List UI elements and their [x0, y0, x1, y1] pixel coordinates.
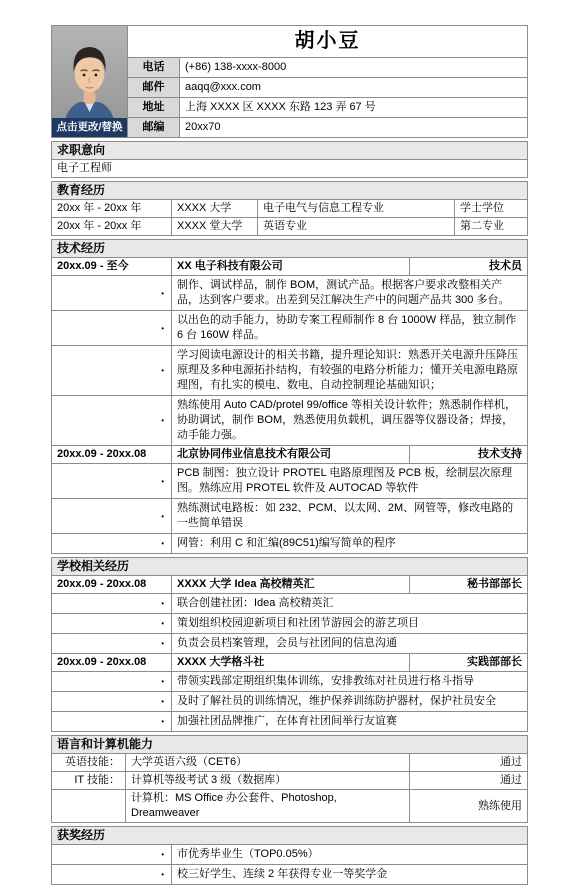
table-row: 20xx.09 - 至今 XX 电子科技有限公司 技术员 — [52, 258, 528, 276]
table-row: IT 技能： 计算机等级考试 3 级（数据库） 通过 — [52, 772, 528, 790]
contact-table: 点击更改/替换 胡小豆 电话 (+86) 138-xxxx-8000 邮件 aa… — [51, 25, 528, 138]
table-row: • 网管：利用 C 和汇编(89C51)编写简单的程序 — [52, 534, 528, 554]
table-row: • 学习阅读电源设计的相关书籍，提升理论知识：熟悉开关电源升压降压原理及多种电源… — [52, 346, 528, 396]
section-title-education: 教育经历 — [52, 182, 528, 200]
table-row: 求职意向 — [52, 142, 528, 160]
skill-value: 计算机等级考试 3 级（数据库） — [126, 772, 410, 790]
bullet-icon: • — [52, 396, 172, 446]
table-row: • 及时了解社员的训练情况，维护保养训练防护器材，保护社员安全 — [52, 692, 528, 712]
bullet-icon: • — [52, 692, 172, 712]
table-row: • 负责会员档案管理，会员与社团间的信息沟通 — [52, 634, 528, 654]
table-row: • 以出色的动手能力，协助专案工程师制作 8 台 1000W 样品，独立制作 6… — [52, 311, 528, 346]
skill-value: 大学英语六级（CET6） — [126, 754, 410, 772]
job-company: 北京协同伟业信息技术有限公司 — [172, 446, 410, 464]
table-row: 20xx 年 - 20xx 年 XXXX 大学 电子电气与信息工程专业 学士学位 — [52, 200, 528, 218]
job-period: 20xx.09 - 20xx.08 — [52, 654, 172, 672]
edu-degree: 第二专业 — [455, 218, 528, 236]
table-row: • 策划组织校园迎新项目和社团节游园会的游艺项目 — [52, 614, 528, 634]
job-role: 技术支持 — [410, 446, 528, 464]
table-row: 学校相关经历 — [52, 558, 528, 576]
technical-section: 技术经历 20xx.09 - 至今 XX 电子科技有限公司 技术员 • 制作、调… — [51, 239, 528, 554]
table-row: 20xx.09 - 20xx.08 XXXX 大学格斗社 实践部部长 — [52, 654, 528, 672]
job-bullet: 策划组织校园迎新项目和社团节游园会的游艺项目 — [172, 614, 528, 634]
job-bullet: 熟练测试电路板：如 232、PCM、以太网、2M、网管等，修改电路的一些简单错误 — [172, 499, 528, 534]
job-role: 技术员 — [410, 258, 528, 276]
job-bullet: 制作、调试样品，制作 BOM，测试产品。根据客户要求改整相关产品，达到客户要求。… — [172, 276, 528, 311]
resume-page: 点击更改/替换 胡小豆 电话 (+86) 138-xxxx-8000 邮件 aa… — [51, 25, 528, 885]
job-bullet: 带领实践部定期组织集体训练，安排教练对社员进行格斗指导 — [172, 672, 528, 692]
candidate-name: 胡小豆 — [128, 26, 528, 58]
awards-section: 获奖经历 • 市优秀毕业生（TOP0.05%） • 校三好学生、连续 2 年获得… — [51, 826, 528, 885]
objective-section: 求职意向 电子工程师 — [51, 141, 528, 178]
bullet-icon: • — [52, 276, 172, 311]
section-title-objective: 求职意向 — [52, 142, 528, 160]
table-row: • 制作、调试样品，制作 BOM，测试产品。根据客户要求改整相关产品，达到客户要… — [52, 276, 528, 311]
edu-degree: 学士学位 — [455, 200, 528, 218]
bullet-icon: • — [52, 499, 172, 534]
section-title-skills: 语言和计算机能力 — [52, 736, 528, 754]
table-row: 语言和计算机能力 — [52, 736, 528, 754]
section-title-awards: 获奖经历 — [52, 827, 528, 845]
contact-value-phone: (+86) 138-xxxx-8000 — [180, 58, 528, 78]
bullet-icon: • — [52, 614, 172, 634]
edu-major: 电子电气与信息工程专业 — [258, 200, 455, 218]
skill-level: 通过 — [410, 772, 528, 790]
contact-value-address: 上海 XXXX 区 XXXX 东路 123 弄 67 号 — [180, 98, 528, 118]
job-company: XXXX 大学格斗社 — [172, 654, 410, 672]
skill-label: 英语技能： — [52, 754, 126, 772]
table-row: 电子工程师 — [52, 160, 528, 178]
contact-label-email: 邮件 — [128, 78, 180, 98]
award-item: 市优秀毕业生（TOP0.05%） — [172, 845, 528, 865]
table-row: 点击更改/替换 胡小豆 — [52, 26, 528, 58]
table-row: 20xx.09 - 20xx.08 XXXX 大学 Idea 高校精英汇 秘书部… — [52, 576, 528, 594]
skill-label: IT 技能： — [52, 772, 126, 790]
table-row: 英语技能： 大学英语六级（CET6） 通过 — [52, 754, 528, 772]
job-bullet: 及时了解社员的训练情况，维护保养训练防护器材，保护社员安全 — [172, 692, 528, 712]
section-title-school: 学校相关经历 — [52, 558, 528, 576]
edu-major: 英语专业 — [258, 218, 455, 236]
edu-school: XXXX 堂大学 — [172, 218, 258, 236]
job-period: 20xx.09 - 20xx.08 — [52, 576, 172, 594]
table-row: • PCB 制图：独立设计 PROTEL 电路原理图及 PCB 板，绘制层次原理… — [52, 464, 528, 499]
table-row: • 加强社团品牌推广，在体育社团间举行友谊赛 — [52, 712, 528, 732]
edu-period: 20xx 年 - 20xx 年 — [52, 200, 172, 218]
contact-label-phone: 电话 — [128, 58, 180, 78]
job-bullet: 熟练使用 Auto CAD/protel 99/office 等相关设计软件；熟… — [172, 396, 528, 446]
skill-value: 计算机：MS Office 办公套件、Photoshop, Dreamweave… — [126, 790, 410, 823]
job-role: 秘书部部长 — [410, 576, 528, 594]
bullet-icon: • — [52, 712, 172, 732]
job-company: XX 电子科技有限公司 — [172, 258, 410, 276]
job-bullet: 网管：利用 C 和汇编(89C51)编写简单的程序 — [172, 534, 528, 554]
table-row: 技术经历 — [52, 240, 528, 258]
bullet-icon: • — [52, 464, 172, 499]
skill-level: 通过 — [410, 754, 528, 772]
skill-label — [52, 790, 126, 823]
objective-value: 电子工程师 — [52, 160, 528, 178]
job-period: 20xx.09 - 至今 — [52, 258, 172, 276]
bullet-icon: • — [52, 346, 172, 396]
bullet-icon: • — [52, 311, 172, 346]
edu-period: 20xx 年 - 20xx 年 — [52, 218, 172, 236]
award-item: 校三好学生、连续 2 年获得专业一等奖学金 — [172, 865, 528, 885]
contact-label-address: 地址 — [128, 98, 180, 118]
job-bullet: 负责会员档案管理，会员与社团间的信息沟通 — [172, 634, 528, 654]
table-row: 教育经历 — [52, 182, 528, 200]
job-company: XXXX 大学 Idea 高校精英汇 — [172, 576, 410, 594]
job-bullet: 学习阅读电源设计的相关书籍，提升理论知识：熟悉开关电源升压降压原理及多种电源拓扑… — [172, 346, 528, 396]
bullet-icon: • — [52, 634, 172, 654]
contact-value-zip: 20xx70 — [180, 118, 528, 138]
table-row: 20xx.09 - 20xx.08 北京协同伟业信息技术有限公司 技术支持 — [52, 446, 528, 464]
skills-section: 语言和计算机能力 英语技能： 大学英语六级（CET6） 通过 IT 技能： 计算… — [51, 735, 528, 823]
edu-school: XXXX 大学 — [172, 200, 258, 218]
contact-label-zip: 邮编 — [128, 118, 180, 138]
job-period: 20xx.09 - 20xx.08 — [52, 446, 172, 464]
job-bullet: 加强社团品牌推广，在体育社团间举行友谊赛 — [172, 712, 528, 732]
skill-level: 熟练使用 — [410, 790, 528, 823]
bullet-icon: • — [52, 534, 172, 554]
job-bullet: 以出色的动手能力，协助专案工程师制作 8 台 1000W 样品，独立制作 6 台… — [172, 311, 528, 346]
photo-change-button[interactable]: 点击更改/替换 — [52, 118, 127, 137]
table-row: • 熟练使用 Auto CAD/protel 99/office 等相关设计软件… — [52, 396, 528, 446]
table-row: • 市优秀毕业生（TOP0.05%） — [52, 845, 528, 865]
table-row: 计算机：MS Office 办公套件、Photoshop, Dreamweave… — [52, 790, 528, 823]
bullet-icon: • — [52, 845, 172, 865]
table-row: • 校三好学生、连续 2 年获得专业一等奖学金 — [52, 865, 528, 885]
table-row: • 熟练测试电路板：如 232、PCM、以太网、2M、网管等，修改电路的一些简单… — [52, 499, 528, 534]
table-row: • 联合创建社团：Idea 高校精英汇 — [52, 594, 528, 614]
job-bullet: 联合创建社团：Idea 高校精英汇 — [172, 594, 528, 614]
section-title-technical: 技术经历 — [52, 240, 528, 258]
school-section: 学校相关经历 20xx.09 - 20xx.08 XXXX 大学 Idea 高校… — [51, 557, 528, 732]
education-section: 教育经历 20xx 年 - 20xx 年 XXXX 大学 电子电气与信息工程专业… — [51, 181, 528, 236]
table-row: 20xx 年 - 20xx 年 XXXX 堂大学 英语专业 第二专业 — [52, 218, 528, 236]
bullet-icon: • — [52, 865, 172, 885]
job-bullet: PCB 制图：独立设计 PROTEL 电路原理图及 PCB 板，绘制层次原理图。… — [172, 464, 528, 499]
contact-value-email: aaqq@xxx.com — [180, 78, 528, 98]
table-row: • 带领实践部定期组织集体训练，安排教练对社员进行格斗指导 — [52, 672, 528, 692]
photo-cell: 点击更改/替换 — [52, 26, 128, 138]
job-role: 实践部部长 — [410, 654, 528, 672]
bullet-icon: • — [52, 594, 172, 614]
table-row: 获奖经历 — [52, 827, 528, 845]
bullet-icon: • — [52, 672, 172, 692]
profile-photo[interactable]: 点击更改/替换 — [52, 26, 127, 137]
